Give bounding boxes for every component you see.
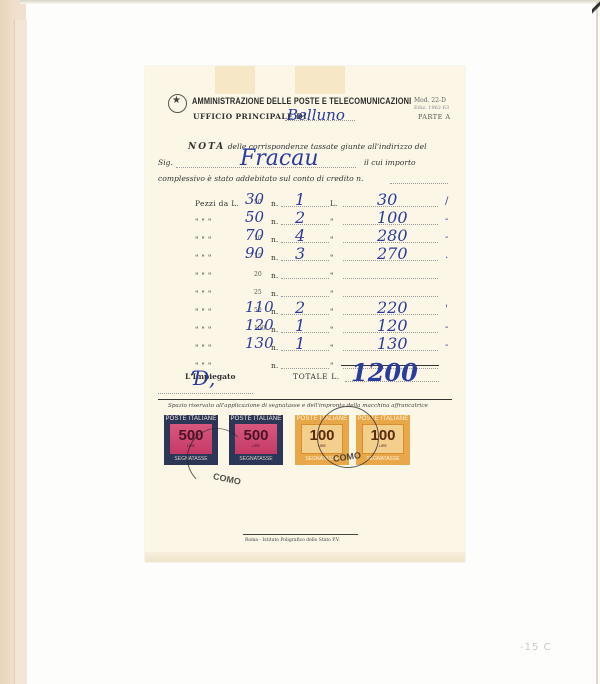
l-label: " [330,217,333,226]
handwritten-count: 2 [295,298,305,317]
l-label: " [330,343,333,352]
handwritten-amount: 280 [377,226,408,245]
check-tick: - [445,232,448,243]
n-label: n. [271,217,278,226]
n-label: n. [271,361,278,370]
n-label: n. [271,289,278,298]
row-label: " " " [195,343,212,352]
check-tick: - [445,214,448,225]
n-label: n. [271,199,278,208]
l-label: " [330,253,333,262]
album-page-edge-left [0,0,26,684]
n-label: n. [271,271,278,280]
album-page-binding [14,20,27,684]
handwritten-count: 2 [295,208,305,227]
n-label: n. [271,253,278,262]
dotted-line [281,368,329,369]
handwritten-denomination: 90 [245,244,264,262]
total-handwritten: 1200 [351,358,418,387]
printer-rule [243,534,358,535]
dotted-line [343,278,438,279]
handwritten-amount: 220 [377,298,408,317]
stamp-top-text: POSTE ITALIANE [229,416,283,422]
table-row: " " " 20 n. " [145,266,465,284]
printed-denomination: 25 [254,289,262,296]
l-label: " [330,289,333,298]
part-label: PARTE A [418,113,451,121]
l-label: " [330,271,333,280]
l-label: L. [330,199,337,208]
row-label: " " " [195,217,212,226]
signature-dotted-line [158,393,253,394]
handwritten-denomination: 110 [245,298,274,316]
handwritten-denomination: 70 [245,226,264,244]
handwritten-denomination: 120 [245,316,274,334]
check-tick: . [445,250,448,261]
paper-bottom-edge [145,552,465,562]
row-label: " " " [195,253,212,262]
nota-heading: NOTA [188,142,225,152]
row-label: " " " [195,289,212,298]
row-label: " " " [195,307,212,316]
album-page-edge-right [596,0,598,684]
check-tick: - [445,322,448,333]
handwritten-amount: 270 [377,244,408,263]
section-divider [158,399,452,400]
row-label: " " " [195,235,212,244]
office-handwritten: Belluno [287,106,345,124]
stamp-space-note: Spazio riservato all'applicazione di seg… [168,403,428,409]
handwritten-amount: 30 [377,190,397,209]
dotted-line [281,296,329,297]
handwritten-amount: 120 [377,316,408,335]
form-edition: Ediz. 1962-63 [414,105,449,111]
check-tick: / [445,196,448,207]
handwritten-count: 1 [295,190,305,209]
row-label: " " " [195,325,212,334]
n-label: n. [271,235,278,244]
printer-imprint: Roma - Istituto Poligrafico dello Stato … [245,538,340,543]
check-tick: ' [445,304,448,315]
handwritten-denomination: 130 [245,334,274,352]
handwritten-amount: 130 [377,334,408,353]
paper-stain [295,66,345,94]
clerk-signature: Ɗ, [193,366,215,390]
italian-republic-emblem-icon [168,94,187,113]
row-label: Pezzi da L. [195,199,239,208]
paper-stain [215,66,255,94]
credit-account-dotted-line [390,183,448,184]
nota-line-3: complessivo è stato addebitato sul conto… [158,174,363,183]
handwritten-denomination: 50 [245,208,264,226]
handwritten-denomination: 30 [245,190,264,208]
handwritten-count: 1 [295,334,305,353]
check-tick: - [445,340,448,351]
dotted-line [343,296,438,297]
recipient-suffix: il cui importo [364,158,416,167]
l-label: " [330,325,333,334]
l-label: " [330,235,333,244]
handwritten-count: 1 [295,316,305,335]
handwritten-amount: 100 [377,208,408,227]
handwritten-count: 3 [295,244,305,263]
table-row: " " " 15 n. " 90 3 270 . [145,248,465,266]
postage-due-note-document: AMMINISTRAZIONE DELLE POSTE E TELECOMUNI… [145,66,465,562]
album-corner-mount [592,0,600,14]
recipient-handwritten: Fracau [240,146,319,171]
album-pencil-note: -15 C [520,642,552,653]
table-row: " " " n. " 130 1 130 - [145,338,465,356]
handwritten-count: 4 [295,226,305,245]
l-label: " [330,361,333,370]
album-page-edge-top [20,0,600,4]
form-model-number: Mod. 22-D [414,97,446,104]
stamp-top-text: POSTE ITALIANE [164,416,218,422]
total-label: TOTALE L. [293,372,340,381]
recipient-prefix: Sig. [158,158,173,167]
row-label: " " " [195,271,212,280]
dotted-line [281,278,329,279]
printed-denomination: 20 [254,271,262,278]
l-label: " [330,307,333,316]
